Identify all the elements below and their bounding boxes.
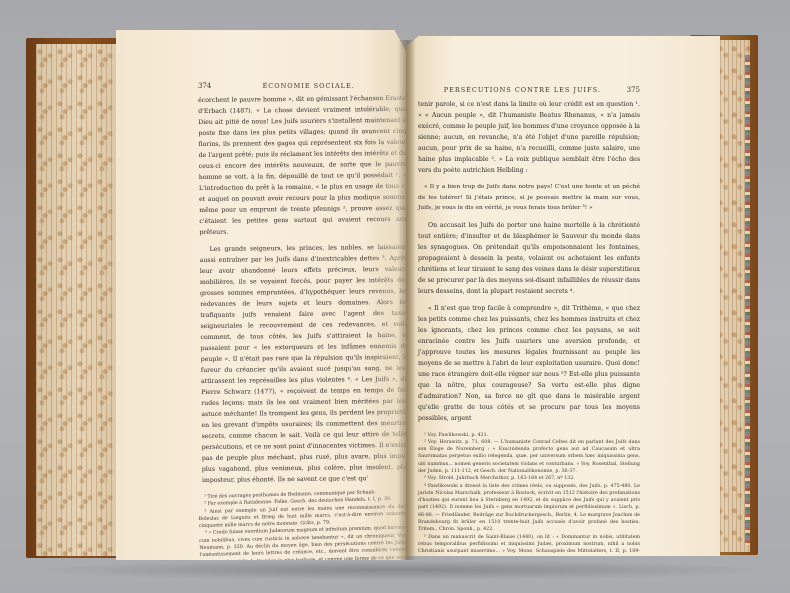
right-page: PERSÉCUTIONS CONTRE LES JUIFS. 375 tenir… [406, 36, 720, 556]
page-number: 374 [198, 82, 211, 90]
page-number: 375 [627, 86, 640, 94]
left-body-text: écorchent le pauvre homme », dit en gémi… [198, 93, 406, 486]
footnote: ¹ Voy. Pawlikowski, p. 421. [418, 432, 640, 439]
paragraph: tenir parole, si ce n'est dans la limite… [418, 99, 640, 176]
right-footnotes: ¹ Voy. Pawlikowski, p. 421. ² Voy. Horaw… [418, 432, 640, 557]
headband-ribbon [745, 55, 750, 545]
right-body-text: tenir parole, si ce n'est dans la limite… [418, 99, 640, 424]
book-gutter [398, 40, 416, 560]
left-page: 374 ÉCONOMIE SOCIALE. écorchent le pauvr… [116, 30, 406, 560]
paragraph: Les grands seigneurs, les princes, les n… [200, 242, 406, 486]
verse-quote: « Il y a bien trop de Juifs dans notre p… [418, 182, 640, 214]
book-shadow [30, 560, 770, 580]
footnote: ² Voy. Horawitz, p. 71, 608. — L'humanis… [418, 439, 640, 475]
footnote: ⁴ Pawlikowski a dressé la liste des crim… [418, 483, 640, 534]
left-footnotes: ¹ Tiré des ouvrages posthumes de Bodmann… [198, 489, 406, 560]
footnote: ³ Voy. Strobl, Jahrbuch Merchsthor, p. 1… [418, 475, 640, 482]
left-page-text: 374 ÉCONOMIE SOCIALE. écorchent le pauvr… [198, 82, 406, 560]
footnote: ⁵ Dans un manuscrit de Saint-Blaise (144… [418, 534, 640, 556]
running-head-title: ÉCONOMIE SOCIALE. [263, 82, 355, 90]
footnote: ⁴ « Credo fuisse exordium Judæorum magnu… [199, 525, 406, 560]
paragraph: « Il n'est que trop facile à comprendre … [418, 303, 640, 424]
left-page-edges [36, 44, 120, 556]
paragraph: écorchent le pauvre homme », dit en gémi… [198, 93, 406, 238]
paragraph: On accusait les Juifs de porter une hain… [418, 220, 640, 297]
running-head-title: PERSÉCUTIONS CONTRE LES JUIFS. [444, 86, 601, 94]
left-running-head: 374 ÉCONOMIE SOCIALE. [198, 82, 406, 90]
right-running-head: PERSÉCUTIONS CONTRE LES JUIFS. 375 [418, 86, 640, 94]
right-page-text: PERSÉCUTIONS CONTRE LES JUIFS. 375 tenir… [418, 86, 640, 556]
